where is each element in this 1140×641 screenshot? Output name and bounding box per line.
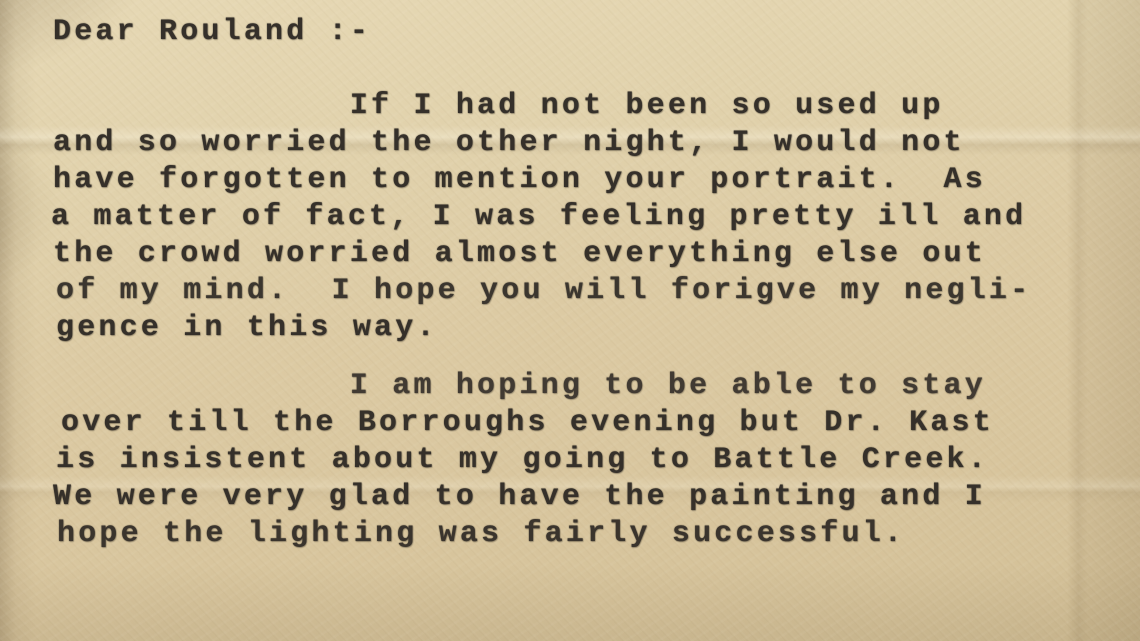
letter-line: a matter of fact, I was feeling pretty i… <box>51 199 1031 236</box>
letter-line: hope the lighting was fairly successful. <box>57 516 1031 553</box>
letter-line: I am hoping to be able to stay <box>53 368 1031 405</box>
letter-line: If I had not been so used up <box>53 88 1031 125</box>
greeting-line: Dear Rouland :- <box>53 14 1031 51</box>
letter-line: is insistent about my going to Battle Cr… <box>56 442 1031 479</box>
letter-line: have forgotten to mention your portrait.… <box>53 162 1031 199</box>
letter-line: over till the Borroughs evening but Dr. … <box>61 405 1031 442</box>
letter-line: the crowd worried almost everything else… <box>53 236 1031 273</box>
letter-line: of my mind. I hope you will forigve my n… <box>56 273 1031 310</box>
letter-line: gence in this way. <box>56 310 1031 347</box>
letter-paper: Dear Rouland :- If I had not been so use… <box>0 0 1140 641</box>
paragraph-1: If I had not been so used up and so worr… <box>53 88 1031 347</box>
paragraph-2: I am hoping to be able to stay over till… <box>53 368 1031 553</box>
letter-text: Dear Rouland :- If I had not been so use… <box>53 14 1031 553</box>
letter-line: We were very glad to have the painting a… <box>53 479 1031 516</box>
letter-line: and so worried the other night, I would … <box>53 125 1031 162</box>
